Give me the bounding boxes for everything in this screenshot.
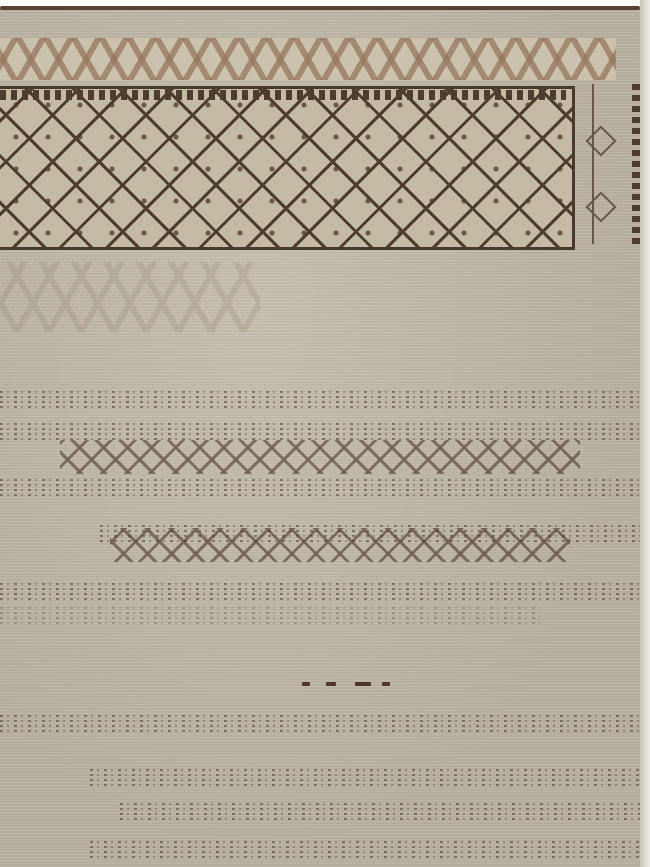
lattice-panel (0, 86, 575, 250)
top-selvage (0, 6, 640, 10)
rug-photo (0, 0, 650, 867)
zigzag-stripe (110, 528, 570, 562)
side-guard-border (578, 84, 640, 244)
faded-stripe (0, 580, 640, 600)
faded-stripe (0, 712, 640, 732)
right-fringe-edge (640, 0, 650, 867)
faded-stripe (0, 604, 540, 624)
faded-stripe (120, 800, 640, 820)
lattice-guard-border (0, 90, 566, 100)
faded-stripe (90, 838, 640, 858)
top-border-band (0, 38, 616, 80)
knot-mark (302, 682, 310, 686)
faded-stripe (0, 388, 640, 408)
faded-stripe (0, 476, 640, 496)
faded-stripe (0, 420, 640, 440)
knot-mark (326, 682, 336, 686)
faded-stripe (90, 766, 640, 786)
faded-motif-area (0, 262, 260, 332)
knot-mark (382, 682, 390, 686)
zigzag-stripe (60, 440, 580, 474)
knot-mark (355, 682, 371, 686)
